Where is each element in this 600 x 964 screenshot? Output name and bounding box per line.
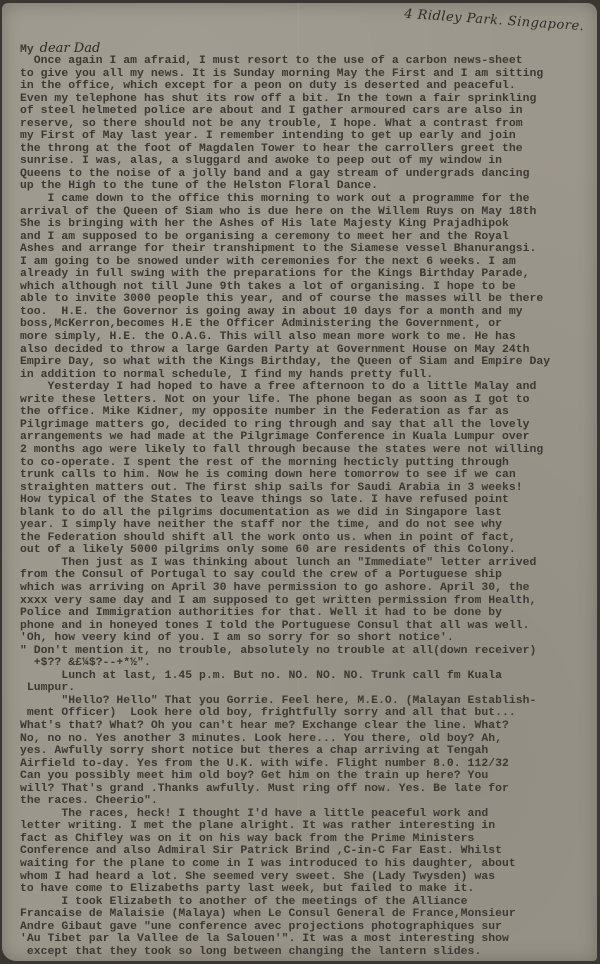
letter-line: straighten matters out. The first ship s… (20, 482, 595, 495)
letter-line: I came down to the office this morning t… (20, 193, 595, 206)
letter-line: the races. Cheerio". (20, 795, 595, 808)
letter-line: will? That's grand .Thanks awfully. Must… (20, 783, 595, 796)
letter-line: Even my telephone has shut its row off a… (20, 93, 595, 106)
letter-line: to co-operate. I spent the rest of the m… (20, 457, 595, 470)
letter-line: in addition to normal schedule, I find m… (20, 369, 595, 382)
letter-line: except that they took so long between ch… (20, 946, 595, 959)
letter-line: out of a likely 5000 pilgrims only some … (20, 544, 595, 557)
letter-line: more simply, H.E. the O.A.G. This will a… (20, 331, 595, 344)
letter-line: Pilgrimage matters go, decided to ring t… (20, 419, 595, 432)
letter-line: the office. Mike Kidner, my opposite num… (20, 406, 595, 419)
letter-line: year. I simply have neither the staff no… (20, 519, 595, 532)
letter-line: blank to do all the pilgrims documentati… (20, 507, 595, 520)
letter-line: sunrise. I was, alas, a sluggard and awo… (20, 155, 595, 168)
letter-line: also decided to throw a large Garden Par… (20, 344, 595, 357)
letter-line: Lumpur. (20, 682, 595, 695)
letter-line: Conference and also Admiral Sir Patrick … (20, 845, 595, 858)
letter-line: +$?? &£¼$?--+*½". (20, 657, 595, 670)
letter-line: Can you possibly meet him old boy? Get h… (20, 770, 595, 783)
letter-line: No, no no. Yes another 3 minutes. Look h… (20, 733, 595, 746)
letter-line: xxxx very same day and I am supposed to … (20, 595, 595, 608)
salutation-handwritten: dear Dad (40, 41, 101, 56)
letter-line: How typical of the States to leave thing… (20, 494, 595, 507)
letter-line: "Hello? Hello" That you Gorrie. Feel her… (20, 695, 595, 708)
letter-line: write these letters. Not on your life. T… (20, 394, 595, 407)
letter-line: my First of May last year. I remember in… (20, 130, 595, 143)
letter-line: Then just as I was thinking about lunch … (20, 557, 595, 570)
letter-line: phone and in honeyed tones I told the Po… (20, 620, 595, 633)
letter-line: Police and Immigration authorities for t… (20, 607, 595, 620)
letter-line: I took Elizabeth to another of the meeti… (20, 896, 595, 909)
letter-line: Lunch at last, 1.45 p.m. But no. NO. NO.… (20, 670, 595, 683)
handwritten-address: 4 Ridley Park. Singapore. (404, 7, 585, 35)
letter-line: " Don't mention it, no trouble, absolute… (20, 645, 595, 658)
letter-line: I am going to be snowed under with cerem… (20, 256, 595, 269)
letter-line: and I am supposed to be organising a cer… (20, 231, 595, 244)
letter-line: Yesterday I had hoped to have a free aft… (20, 381, 595, 394)
letter-line: letter writing. I met the plane alright.… (20, 820, 595, 833)
letter-body: Once again I am afraid, I must resort to… (20, 55, 595, 958)
letter-line: reserve, so there should not be any trou… (20, 118, 595, 131)
letter-line: to give you all my news. It is Sunday mo… (20, 68, 595, 81)
letter-line: arrival of the Queen of Siam who is due … (20, 206, 595, 219)
letter-line: Once again I am afraid, I must resort to… (20, 55, 595, 68)
letter-line: yes. Awfully sorry short notice but ther… (20, 745, 595, 758)
letter-line: Airfield to-day. Yes from the U.K. with … (20, 758, 595, 771)
letter-line: What's that? What? Oh you can't hear me?… (20, 720, 595, 733)
letter-line: too. H.E. the Governor is going away in … (20, 306, 595, 319)
letter-line: The races, heck! I thought I'd have a li… (20, 808, 595, 821)
letter-line: to have come to Elizabeths party last we… (20, 883, 595, 896)
letter-line: Andre Gibaut gave "une conference avec p… (20, 921, 595, 934)
letter-line: which was arriving on April 30 have perm… (20, 582, 595, 595)
letter-line: 'Oh, how veery kind of you. I am so sorr… (20, 632, 595, 645)
letter-line: ment Officer) Look here old boy, frightf… (20, 707, 595, 720)
letter-line: waiting for the plane to come in I was i… (20, 858, 595, 871)
letter-line: able to invite 3000 people this year, an… (20, 293, 595, 306)
letter-line: of steel helmeted police are about and I… (20, 105, 595, 118)
letter-line: whom I had heard a lot. She seemed very … (20, 871, 595, 884)
letter-line: Ashes and arrange for their transhipment… (20, 243, 595, 256)
salutation: Mydear Dad (20, 41, 100, 56)
letter-line: trunk calls to him. Now he is coming dow… (20, 469, 595, 482)
letter-line: in the office, which except for a peon o… (20, 80, 595, 93)
letter-line: Empire Day, so what with the Kings Birth… (20, 356, 595, 369)
letter-line: from the Consul of Portugal to say could… (20, 569, 595, 582)
letter-line: which although not till June 9th takes a… (20, 281, 595, 294)
letter-line: fact as Chifley was on it on his way bac… (20, 833, 595, 846)
letter-line: boss,McKerron,becomes H.E the Officer Ad… (20, 318, 595, 331)
letter-page: 4 Ridley Park. Singapore. Mydear Dad Onc… (2, 3, 597, 961)
letter-line: She is bringing with her the Ashes of Hi… (20, 218, 595, 231)
letter-line: already in full swing with the preparati… (20, 268, 595, 281)
letter-line: the Federation should shift all the work… (20, 532, 595, 545)
letter-line: 2 months ago were likely to fall through… (20, 444, 595, 457)
letter-line: up the High to the tune of the Helston F… (20, 180, 595, 193)
letter-line: 'Au Tibet par la Vallee de la Salouen'".… (20, 933, 595, 946)
letter-line: the throng at the foot of Magdalen Tower… (20, 143, 595, 156)
letter-line: arrangements we had made at the Pilgrima… (20, 431, 595, 444)
letter-line: Queens to the noise of a jolly band and … (20, 168, 595, 181)
letter-line: Francaise de Malaisie (Malaya) when Le C… (20, 908, 595, 921)
